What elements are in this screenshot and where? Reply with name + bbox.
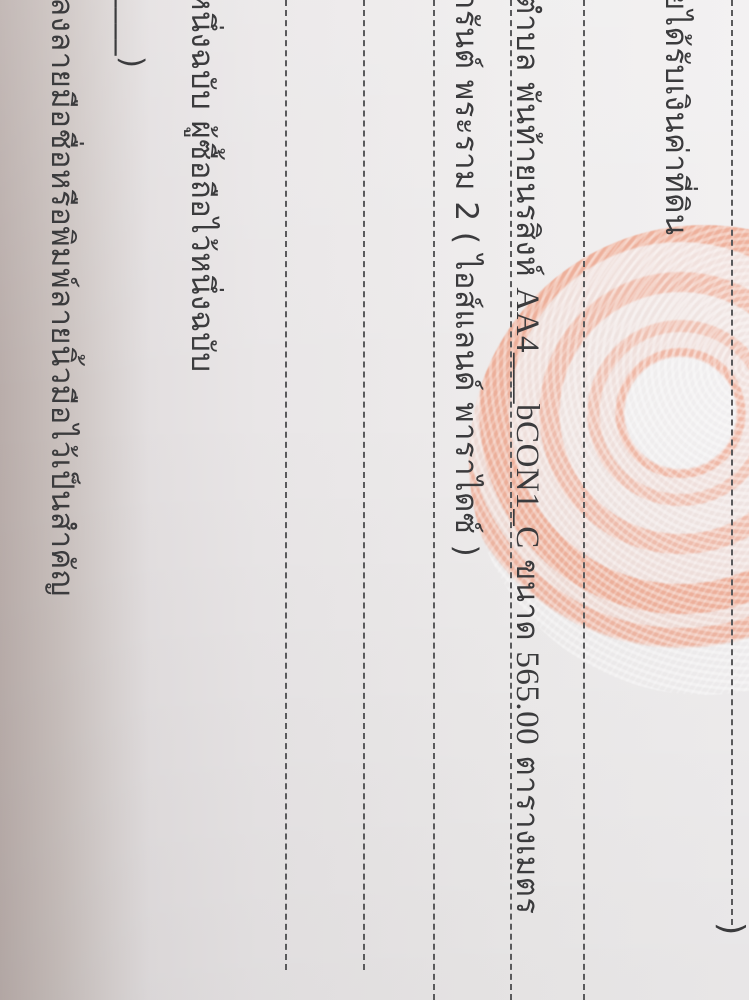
- area-value: 565.00: [509, 651, 545, 745]
- dashed-rule-1: [731, 0, 733, 925]
- line-project-name: ารันต์ พระราม 2 ( ไอส์แลนด์ พาราไดซ์ ): [450, 0, 481, 557]
- area-unit: ตารางเมตร: [509, 745, 545, 914]
- dashed-rule-3: [433, 0, 435, 1000]
- line-received-payment: ยได้รับเงินค่าที่ดิน: [660, 0, 691, 236]
- plot-code: AA4___bCON1_C: [509, 287, 545, 548]
- dashed-rule-2: [583, 0, 585, 1000]
- line-sign-statement: เลงลายมือชื่อหรือพิมพ์ลายนิ้วมือไว้เป็นส…: [46, 0, 77, 597]
- rotated-document: ) ยได้รับเงินค่าที่ดิน ตำบล พันท้ายนรสิง…: [0, 0, 749, 1000]
- dashed-rule-5: [285, 0, 287, 970]
- dashed-underline-land: [510, 0, 512, 1000]
- line-land-location: ตำบล พันท้ายนรสิงห์ AA4___bCON1_C ขนาด 5…: [510, 0, 543, 915]
- line-copies: หนึ่งฉบับ ผู้ซื้อถือไว้หนึ่งฉบับ: [186, 0, 217, 373]
- signature-bracket: _____): [116, 0, 147, 69]
- closing-bracket: ): [711, 922, 749, 935]
- dashed-rule-4: [363, 0, 365, 970]
- subdistrict-label: ตำบล พันท้ายนรสิงห์: [509, 0, 545, 287]
- size-label: ขนาด: [509, 549, 545, 652]
